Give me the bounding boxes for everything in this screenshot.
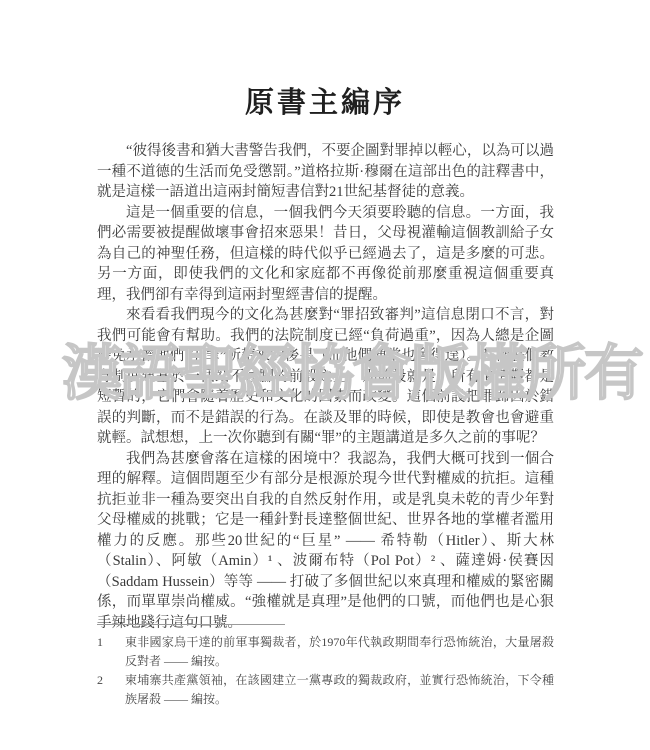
footnote-item: 2 柬埔寨共產黨領袖，在該國建立一黨專政的獨裁政府，並實行恐怖統治，下令種族屠殺… bbox=[97, 671, 554, 709]
footnote-text: 柬埔寨共產黨領袖，在該國建立一黨專政的獨裁政府，並實行恐怖統治，下令種族屠殺 —… bbox=[125, 671, 554, 709]
page-title: 原書主編序 bbox=[0, 80, 650, 121]
paragraph-1: “彼得後書和猶大書警告我們，不要企圖對罪掉以輕心，以為可以過一種不道德的生活而免… bbox=[97, 141, 554, 203]
footnotes-section: 1 東非國家烏干達的前軍事獨裁者，於1970年代執政期間奉行恐怖統治，大量屠殺反… bbox=[97, 624, 554, 709]
paragraph-4: 我們為甚麼會落在這樣的困境中？我認為，我們大概可找到一個合理的解釋。這個問題至少… bbox=[97, 449, 554, 634]
footnote-item: 1 東非國家烏干達的前軍事獨裁者，於1970年代執政期間奉行恐怖統治，大量屠殺反… bbox=[97, 633, 554, 671]
book-page: 原書主編序 “彼得後書和猶大書警告我們，不要企圖對罪掉以輕心，以為可以過一種不道… bbox=[0, 0, 650, 750]
footnote-number: 2 bbox=[97, 671, 125, 690]
preface-body: “彼得後書和猶大書警告我們，不要企圖對罪掉以輕心，以為可以過一種不道德的生活而免… bbox=[97, 141, 554, 633]
footnote-text: 東非國家烏干達的前軍事獨裁者，於1970年代執政期間奉行恐怖統治，大量屠殺反對者… bbox=[125, 633, 554, 671]
footnote-separator bbox=[97, 624, 285, 625]
paragraph-2: 這是一個重要的信息，一個我們今天須要聆聽的信息。一方面，我們必需要被提醒做壞事會… bbox=[97, 203, 554, 306]
footnote-number: 1 bbox=[97, 633, 125, 652]
paragraph-3: 來看看我們現今的文化為甚麼對“罪招致審判”這信息閉口不言，對我們可能會有幫助。我… bbox=[97, 305, 554, 449]
